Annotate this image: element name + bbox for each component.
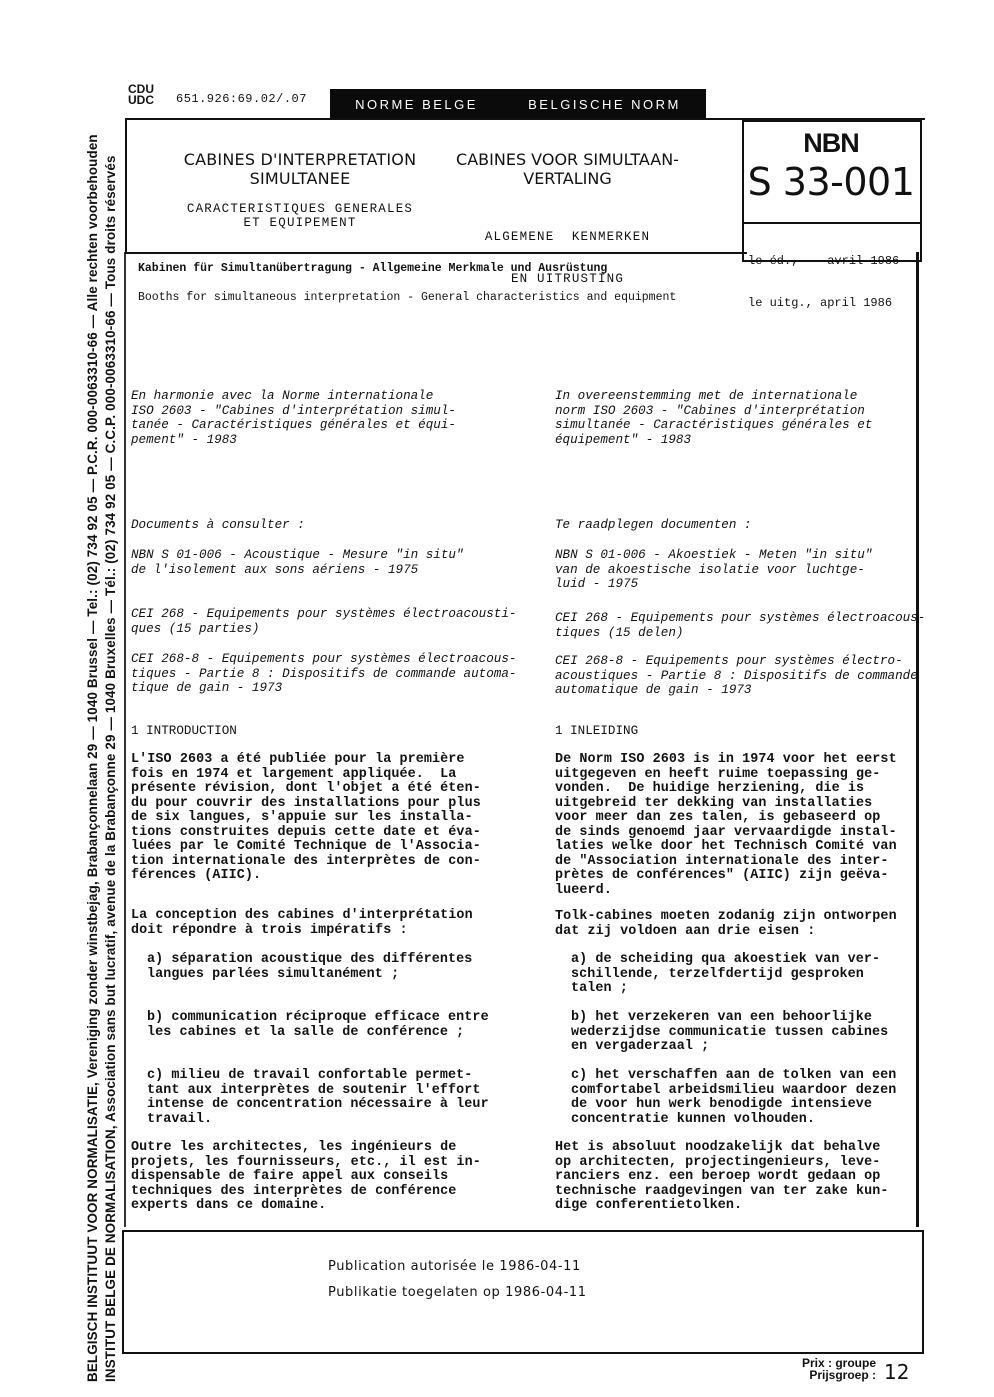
subtitle-fr: CARACTERISTIQUES GENERALES ET EQUIPEMENT: [160, 202, 440, 230]
subtitle-nl: ALGEMENE KENMERKEN EN UITRUSTING: [440, 202, 695, 300]
subtitle-nl-line-1: ALGEMENE KENMERKEN: [440, 230, 695, 244]
standard-org: NBN: [744, 128, 918, 159]
nl-requirement-b: b) het verzekeren van een behoorlijke we…: [571, 1011, 888, 1055]
fr-doc-ref-1: NBN S 01-006 - Acoustique - Mesure "in s…: [131, 548, 464, 577]
nl-intro-paragraph: De Norm ISO 2603 is in 1974 voor het eer…: [555, 753, 897, 898]
edition-info: le éd., avril 1986 le uitg., april 1986: [748, 226, 899, 324]
nl-requirement-c: c) het verschaffen aan de tolken van een…: [571, 1069, 896, 1127]
fr-harmony-note: En harmonie avec la Norme internationale…: [131, 389, 456, 447]
banner-fr: NORME BELGE: [355, 97, 478, 112]
fr-doc-ref-3: CEI 268-8 - Equipements pour systèmes él…: [131, 652, 516, 696]
nl-requirements-intro: Tolk-cabines moeten zodanig zijn ontworp…: [555, 910, 897, 939]
nl-harmony-note: In overeenstemming met de internationale…: [555, 389, 872, 447]
title-nl-line-1: CABINES VOOR SIMULTAAN-: [440, 150, 695, 169]
fr-requirement-c: c) milieu de travail confortable permet-…: [147, 1069, 489, 1127]
publication-nl: Publikatie toegelaten op 1986-04-11: [328, 1285, 587, 1300]
subtitle-fr-line-1: CARACTERISTIQUES GENERALES: [160, 202, 440, 216]
fr-requirement-b: b) communication réciproque efficace ent…: [147, 1011, 489, 1040]
edition-nl: le uitg., april 1986: [748, 296, 899, 310]
price-group: 12: [884, 1360, 909, 1384]
banner-nl: BELGISCHE NORM: [528, 97, 681, 112]
standard-number: S 33-001: [744, 160, 918, 204]
fr-requirement-a: a) séparation acoustique des différentes…: [147, 953, 472, 982]
norm-banner: NORME BELGE BELGISCHE NORM: [330, 89, 706, 119]
publication-fr: Publication autorisée le 1986-04-11: [328, 1259, 581, 1274]
side-strip: BELGISCH INSTITUUT VOOR NORMALISATIE, Ve…: [84, 117, 124, 1382]
title-nl-line-2: VERTALING: [440, 169, 695, 188]
udc-label: UDC: [128, 95, 154, 106]
edition-fr: le éd., avril 1986: [748, 254, 899, 268]
title-en: Booths for simultaneous interpretation -…: [138, 291, 676, 304]
nl-section-heading: 1 INLEIDING: [555, 724, 638, 739]
title-nl: CABINES VOOR SIMULTAAN- VERTALING: [440, 150, 695, 188]
fr-docs-heading: Documents à consulter :: [131, 518, 305, 533]
title-fr-line-2: SIMULTANEE: [160, 169, 440, 188]
price-label-nl: Prijsgroep :: [780, 1369, 876, 1381]
fr-requirements-intro: La conception des cabines d'interprétati…: [131, 909, 473, 938]
nl-doc-ref-2: CEI 268 - Equipements pour systèmes élec…: [555, 611, 925, 640]
fr-doc-ref-2: CEI 268 - Equipements pour systèmes élec…: [131, 607, 516, 636]
fr-closing-paragraph: Outre les architectes, les ingénieurs de…: [131, 1141, 481, 1214]
nl-requirement-a: a) de scheiding qua akoestiek van ver- s…: [571, 953, 880, 997]
right-frame-rule: [916, 252, 919, 1227]
fr-section-heading: 1 INTRODUCTION: [131, 724, 237, 739]
nl-closing-paragraph: Het is absoluut noodzakelijk dat behalve…: [555, 1141, 889, 1214]
subtitle-fr-line-2: ET EQUIPEMENT: [160, 216, 440, 230]
left-frame-rule: [124, 252, 126, 1227]
udc-code: 651.926:69.02/.07: [176, 92, 307, 106]
nl-docs-heading: Te raadplegen documenten :: [555, 518, 752, 533]
side-strip-line-nl: BELGISCH INSTITUUT VOOR NORMALISATIE, Ve…: [84, 117, 102, 1382]
edition-divider: [742, 222, 920, 224]
title-de: Kabinen für Simultanübertragung - Allgem…: [138, 262, 607, 275]
nl-doc-ref-1: NBN S 01-006 - Akoestiek - Meten "in sit…: [555, 548, 872, 592]
cdu-udc-labels: CDU UDC: [128, 84, 154, 106]
price-labels: Prix : groupe Prijsgroep :: [780, 1357, 876, 1381]
title-fr-line-1: CABINES D'INTERPRETATION: [160, 150, 440, 169]
title-fr: CABINES D'INTERPRETATION SIMULTANEE: [160, 150, 440, 188]
nl-doc-ref-3: CEI 268-8 - Equipements pour systèmes él…: [555, 654, 918, 698]
fr-intro-paragraph: L'ISO 2603 a été publiée pour la premièr…: [131, 753, 481, 884]
side-strip-line-fr: INSTITUT BELGE DE NORMALISATION, Associa…: [102, 117, 120, 1382]
